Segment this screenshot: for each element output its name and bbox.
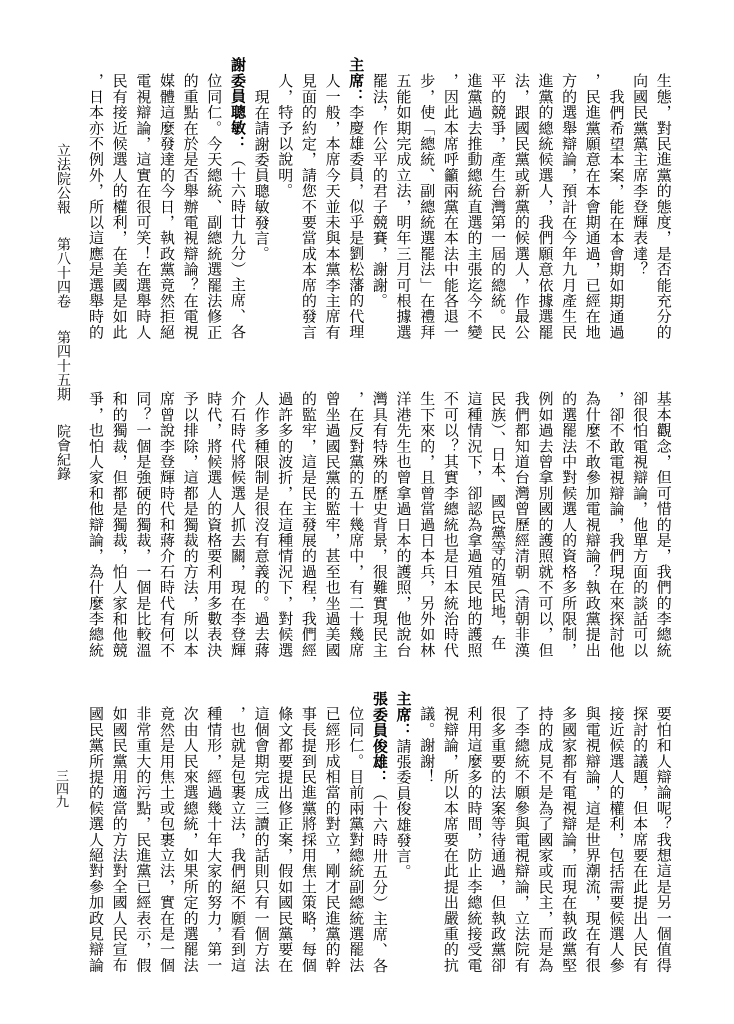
text-column: 進黨過去推動總統直選的主張迄今不變 (462, 57, 486, 357)
publication-title: 立法院公報 (54, 143, 72, 215)
speaker-name: 主席： (395, 691, 413, 738)
text-column: 探討的議題，但本席要在此提出人民有 (627, 691, 651, 991)
text-column: 我們都知道台灣曾歷經清朝（清朝非漢 (509, 375, 533, 675)
speaker-column: 謝委員聰敏：（十六時廿九分）主席、各 (225, 57, 249, 357)
speech-text: （十六時卅五分）主席、各 (371, 785, 389, 973)
text-column: 與電視辯論，這是世界潮流，現在有很 (580, 691, 604, 991)
text-column: 電視辯論，這實在很可笑！在選舉時人 (131, 57, 155, 357)
text-column: 洋港先生也曾拿過日本的護照，他說台 (391, 375, 415, 675)
text-tier-bottom: 要怕和人辯論呢？我想這是另一個值得 探討的議題，但本席要在此提出人民有 接近候選… (84, 691, 675, 991)
text-column: 已經形成相當的對立，剛才民進黨的幹 (320, 691, 344, 991)
speaker-name: 張委員俊雄： (371, 691, 389, 785)
text-column: 為什麼不敢參加電視辯論？執政黨提出 (580, 375, 604, 675)
text-column: 生下來的，且曾當過日本兵，另外如林 (415, 375, 439, 675)
text-column: 時代，將候選人的資格要利用多數表決 (202, 375, 226, 675)
text-column: ，也就是包裹立法，我們絕不願看到這 (225, 691, 249, 991)
text-column: 這個會期完成三讀的話則只有一個方法 (249, 691, 273, 991)
text-column: 要怕和人辯論呢？我想這是另一個值得 (651, 691, 675, 991)
text-column: 的監牢，這是民主發展的過程，我們經 (296, 375, 320, 675)
text-column: 步，使「總統、副總統選罷法」在禮拜 (415, 57, 439, 357)
text-column: 視辯論，所以本席要在此提出嚴重的抗 (438, 691, 462, 991)
page-number: 三四九 (51, 769, 69, 808)
text-column: 灣具有特殊的歷史背景，很難實現民主 (367, 375, 391, 675)
speaker-column: 主席：請張委員俊雄發言。 (391, 691, 415, 991)
text-column: 很多重要的法案等待通過，但執政黨卻 (486, 691, 510, 991)
text-column: 基本觀念，但可惜的是，我們的李總統 (651, 375, 675, 675)
text-column: 民有接近候選人的權利，在美國是如此 (107, 57, 131, 357)
text-column: 平的競爭，產生台灣第一屆的總統。民 (486, 57, 510, 357)
text-column: ，民進黨願意在本會期通過，已經在地 (580, 57, 604, 357)
text-column: 位同仁。目前兩黨對總統副總統選罷法 (344, 691, 368, 991)
text-column: 條文都要提出修正案，假如國民黨要在 (273, 691, 297, 991)
text-column: ，卻不敢電視辯論，我們現在來探討他 (604, 375, 628, 675)
gazette-page: 立法院公報 第八十四卷 第四十五期 院會紀錄 三四九 生態，對民進黨的態度，是否… (0, 0, 734, 1024)
volume-label: 第八十四卷 (54, 237, 72, 309)
text-column: 卻很怕電視辯論，他單方面的談話可以 (627, 375, 651, 675)
issue-label: 第四十五期 (54, 330, 72, 402)
text-column: ，日本亦不例外，所以這應是選舉時的 (83, 57, 107, 357)
text-column: 人作多種限制是很沒有意義的。過去蔣 (249, 375, 273, 675)
text-column: 進黨的總統候選人，我們願意依據選罷 (533, 57, 557, 357)
text-column: 竟然是用焦土或包裹立法，實在是一個 (154, 691, 178, 991)
speech-text: （十六時廿九分）主席、各 (229, 152, 247, 340)
text-column: 利用這麼多的時間，防止李總統接受電 (462, 691, 486, 991)
text-column: 多國家都有電視辯論，而現在執政黨堅 (556, 691, 580, 991)
running-header: 立法院公報 第八十四卷 第四十五期 院會紀錄 (54, 143, 72, 481)
text-column: 予以排除，這都是獨裁的方法，所以本 (178, 375, 202, 675)
speaker-column: 張委員俊雄：（十六時卅五分）主席、各 (367, 691, 391, 991)
text-column: 種情形，經過幾十年大家的努力，第一 (202, 691, 226, 991)
text-column: 了李總統不願參與電視辯論，立法院有 (509, 691, 533, 991)
text-column: 的重點在於是否舉辦電視辯論？在電視 (178, 57, 202, 357)
text-column: 介石時代將候選人抓去關，現在李登輝 (225, 375, 249, 675)
speech-text: 李慶雄委員，似乎是劉松藩的代理 (347, 104, 365, 340)
text-column: 過許多的波折，在這種情況下，對候選 (273, 375, 297, 675)
text-column: 人，特予以說明。 (273, 57, 297, 357)
text-column: 事長提到民進黨將採用焦土策略，每個 (296, 691, 320, 991)
text-column: 非常重大的污點，民進黨已經表示，假 (131, 691, 155, 991)
text-column: 和的獨裁，但都是獨裁，怕人家和他競 (107, 375, 131, 675)
speaker-name: 謝委員聰敏： (229, 57, 247, 151)
speaker-name: 主席： (347, 57, 365, 104)
text-column: 爭，也怕人家和他辯論，為什麼李總統 (83, 375, 107, 675)
paragraph-start-column: 我們希望本案，能在本會期如期通過 (604, 57, 628, 357)
text-column: 曾坐過國民黨的監牢，甚至也坐過美國 (320, 375, 344, 675)
text-column: 民族）、日本、國民黨等的殖民地，在 (486, 375, 510, 675)
text-column: 人一般，本席今天並未與本黨李主席有 (320, 57, 344, 357)
text-column: ，因此本席呼籲兩黨在本法中能各退一 (438, 57, 462, 357)
text-column: 方的選舉辯論，預計在今年九月產生民 (556, 57, 580, 357)
section-label: 院會紀錄 (54, 424, 72, 481)
text-column: 五能如期完成立法，明年三月可根據選 (391, 57, 415, 357)
text-column: 向國民黨黨主席李登輝表達？ (627, 57, 651, 357)
text-column: 席曾說李登輝時代和蔣介石時代有何不 (154, 375, 178, 675)
text-column: 媒體這麼發達的今日，執政黨竟然拒絕 (154, 57, 178, 357)
text-column: 如國民黨用適當的方法對全國人民宣布 (107, 691, 131, 991)
text-column: 持的成見不是為了國家或民主，而是為 (533, 691, 557, 991)
text-column: 例如過去曾拿別國的護照就不可以，但 (533, 375, 557, 675)
text-column: 生態，對民進黨的態度，是否能充分的 (651, 57, 675, 357)
paragraph-start-column: 現在請謝委員聰敏發言。 (249, 57, 273, 357)
text-column: 接近候選人的權利，包括需要候選人參 (604, 691, 628, 991)
text-column: 這種情況下，卻認為拿過殖民地的護照 (462, 375, 486, 675)
text-tier-top: 生態，對民進黨的態度，是否能充分的 向國民黨黨主席李登輝表達？ 我們希望本案，能… (84, 57, 675, 357)
text-tier-middle: 基本觀念，但可惜的是，我們的李總統 卻很怕電視辯論，他單方面的談話可以 ，卻不敢… (84, 375, 675, 675)
text-column: 國民黨所提的候選人絕對參加政見辯論 (83, 691, 107, 991)
text-column: 法，跟國民黨或新黨的候選人，作最公 (509, 57, 533, 357)
text-column: 罷法，作公平的君子競賽，謝謝。 (367, 57, 391, 357)
text-column: 見面的約定，請您不要當成本席的發言 (296, 57, 320, 357)
text-column: 議。謝謝！ (415, 691, 439, 991)
speaker-column: 主席：李慶雄委員，似乎是劉松藩的代理 (344, 57, 368, 357)
text-column: ，在反對黨的五十幾席中，有二十幾席 (344, 375, 368, 675)
text-column: 同？一個是強硬的獨裁，一個是比較溫 (131, 375, 155, 675)
text-column: 次由人民來選總統，如果所定的選罷法 (178, 691, 202, 991)
speech-text: 請張委員俊雄發言。 (395, 738, 413, 879)
text-column: 的選罷法中對候選人的資格多所限制， (556, 375, 580, 675)
text-column: 不可以？其實李總統也是日本統治時代 (438, 375, 462, 675)
text-column: 位同仁。今天總統、副總統選罷法修正 (202, 57, 226, 357)
